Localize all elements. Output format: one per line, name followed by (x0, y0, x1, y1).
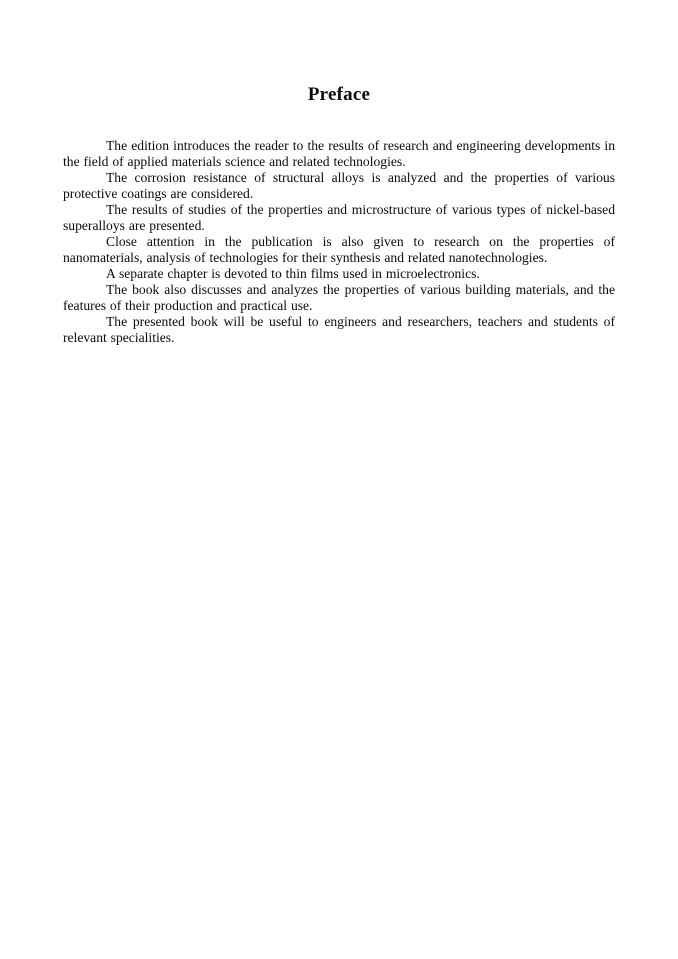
paragraph: The edition introduces the reader to the… (63, 138, 615, 170)
paragraph: Close attention in the publication is al… (63, 234, 615, 266)
paragraph: The presented book will be useful to eng… (63, 314, 615, 346)
document-page: Preface The edition introduces the reade… (0, 0, 678, 959)
paragraph: A separate chapter is devoted to thin fi… (63, 266, 615, 282)
paragraph: The book also discusses and analyzes the… (63, 282, 615, 314)
preface-paragraphs: The edition introduces the reader to the… (63, 138, 615, 346)
paragraph: The corrosion resistance of structural a… (63, 170, 615, 202)
page-title: Preface (63, 83, 615, 107)
paragraph: The results of studies of the properties… (63, 202, 615, 234)
